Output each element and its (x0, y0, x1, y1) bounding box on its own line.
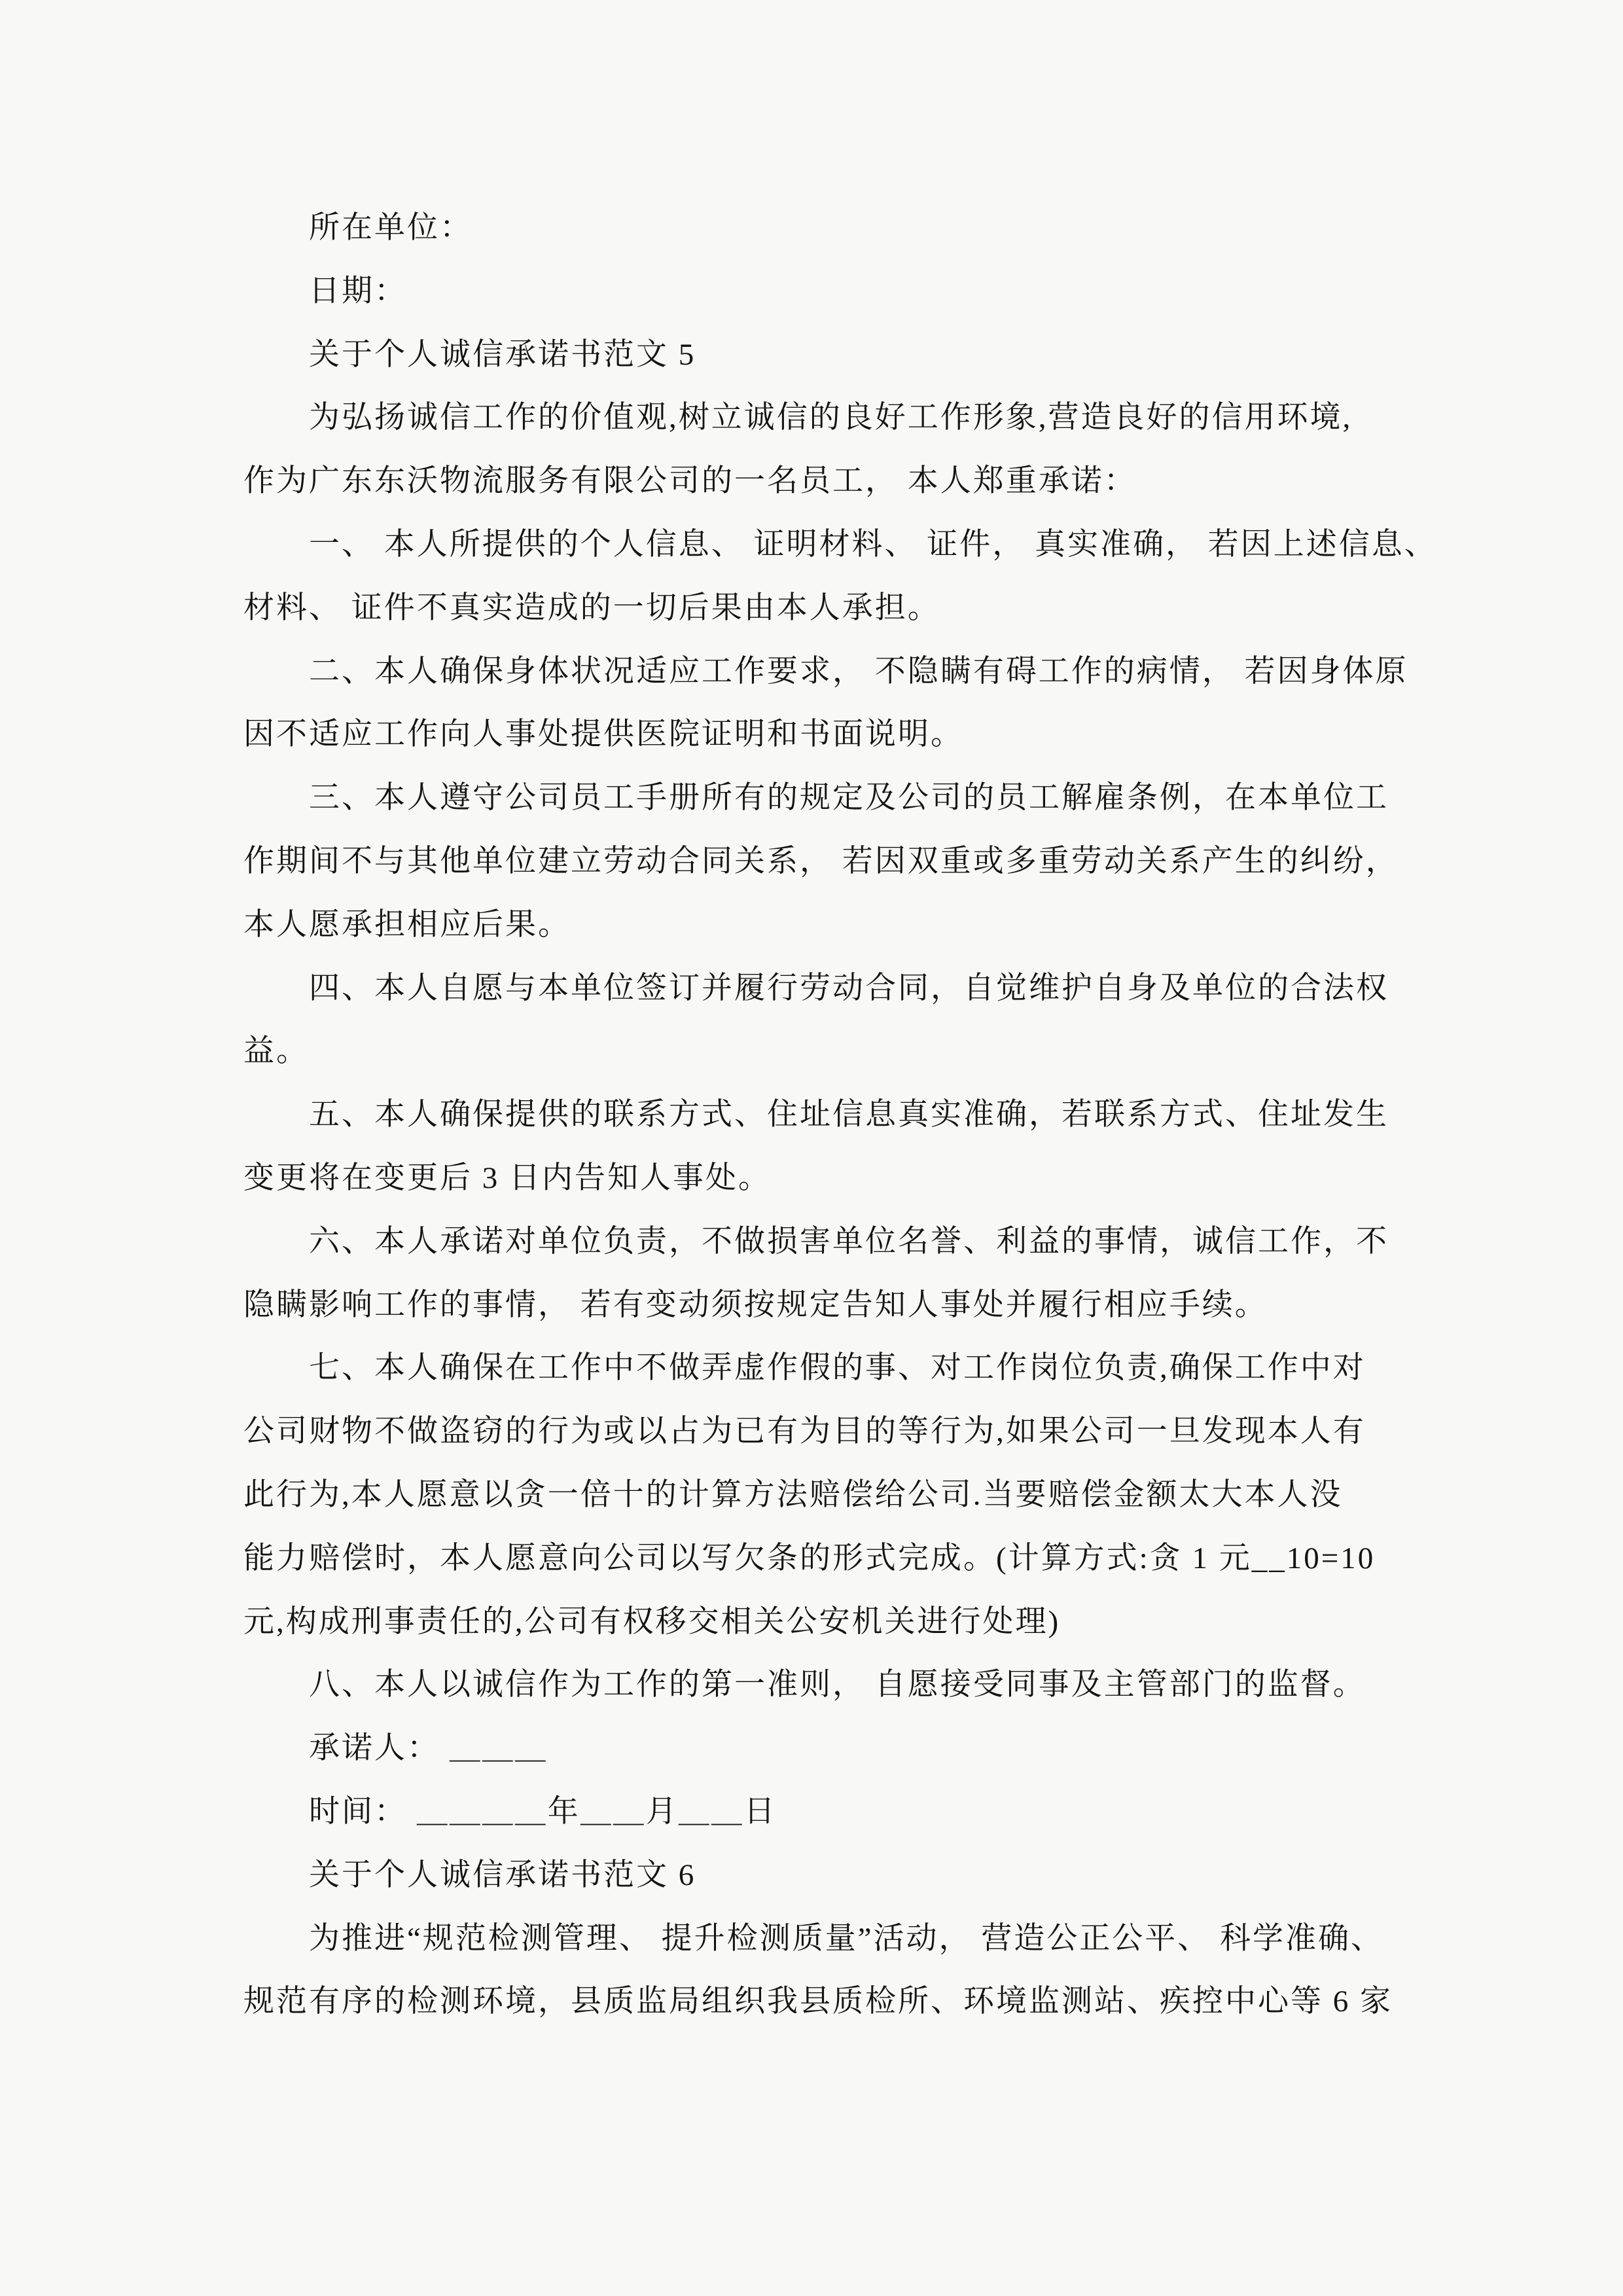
doc-line: 为弘扬诚信工作的价值观,树立诚信的良好工作形象,营造良好的信用环境, (243, 386, 1415, 450)
doc-line: 为推进“规范检测管理、 提升检测质量”活动， 营造公正公平、 科学准确、 (243, 1907, 1415, 1971)
doc-line: 一、 本人所提供的个人信息、 证明材料、 证件， 真实准确， 若因上述信息、 (243, 513, 1415, 577)
doc-line: 六、本人承诺对单位负责，不做损害单位名誉、利益的事情，诚信工作，不 (243, 1210, 1415, 1274)
doc-line: 规范有序的检测环境，县质监局组织我县质检所、环境监测站、疾控中心等 6 家 (243, 1970, 1415, 2034)
doc-line: 所在单位： (243, 196, 1415, 260)
doc-line date-line: 时间： ＿＿＿＿年＿＿月＿＿日 (243, 1780, 1415, 1844)
doc-line: 日期： (243, 260, 1415, 323)
doc-line: 八、本人以诚信作为工作的第一准则， 自愿接受同事及主管部门的监督。 (243, 1653, 1415, 1717)
doc-line: 隐瞒影响工作的事情， 若有变动须按规定告知人事处并履行相应手续。 (243, 1274, 1415, 1337)
doc-line: 三、本人遵守公司员工手册所有的规定及公司的员工解雇条例，在本单位工 (243, 766, 1415, 830)
doc-line: 作期间不与其他单位建立劳动合同关系， 若因双重或多重劳动关系产生的纠纷， (243, 830, 1415, 893)
doc-line: 本人愿承担相应后果。 (243, 893, 1415, 957)
doc-line: 作为广东东沃物流服务有限公司的一名员工， 本人郑重承诺： (243, 450, 1415, 513)
doc-line: 关于个人诚信承诺书范文 6 (243, 1844, 1415, 1907)
doc-line: 因不适应工作向人事处提供医院证明和书面说明。 (243, 703, 1415, 766)
doc-line: 二、本人确保身体状况适应工作要求， 不隐瞒有碍工作的病情， 若因身体原 (243, 640, 1415, 704)
doc-line: 四、本人自愿与本单位签订并履行劳动合同，自觉维护自身及单位的合法权 (243, 957, 1415, 1020)
document-text-block: 所在单位： 日期： 关于个人诚信承诺书范文 5 为弘扬诚信工作的价值观,树立诚信… (243, 196, 1415, 2034)
doc-line: 关于个人诚信承诺书范文 5 (243, 323, 1415, 387)
doc-line: 元,构成刑事责任的,公司有权移交相关公安机关进行处理) (243, 1590, 1415, 1654)
doc-line: 此行为,本人愿意以贪一倍十的计算方法赔偿给公司.当要赔偿金额太大本人没 (243, 1463, 1415, 1527)
doc-line: 能力赔偿时，本人愿意向公司以写欠条的形式完成。(计算方式:贪 1 元__10=1… (243, 1527, 1415, 1590)
doc-line promiser-line: 承诺人： ＿＿＿ (243, 1717, 1415, 1780)
document-page: 所在单位： 日期： 关于个人诚信承诺书范文 5 为弘扬诚信工作的价值观,树立诚信… (0, 0, 1623, 2296)
doc-line: 公司财物不做盗窃的行为或以占为已有为目的等行为,如果公司一旦发现本人有 (243, 1400, 1415, 1463)
doc-line: 变更将在变更后 3 日内告知人事处。 (243, 1147, 1415, 1210)
doc-line: 七、本人确保在工作中不做弄虚作假的事、对工作岗位负责,确保工作中对 (243, 1336, 1415, 1400)
doc-line: 五、本人确保提供的联系方式、住址信息真实准确，若联系方式、住址发生 (243, 1083, 1415, 1147)
doc-line: 材料、 证件不真实造成的一切后果由本人承担。 (243, 577, 1415, 640)
doc-line: 益。 (243, 1020, 1415, 1083)
